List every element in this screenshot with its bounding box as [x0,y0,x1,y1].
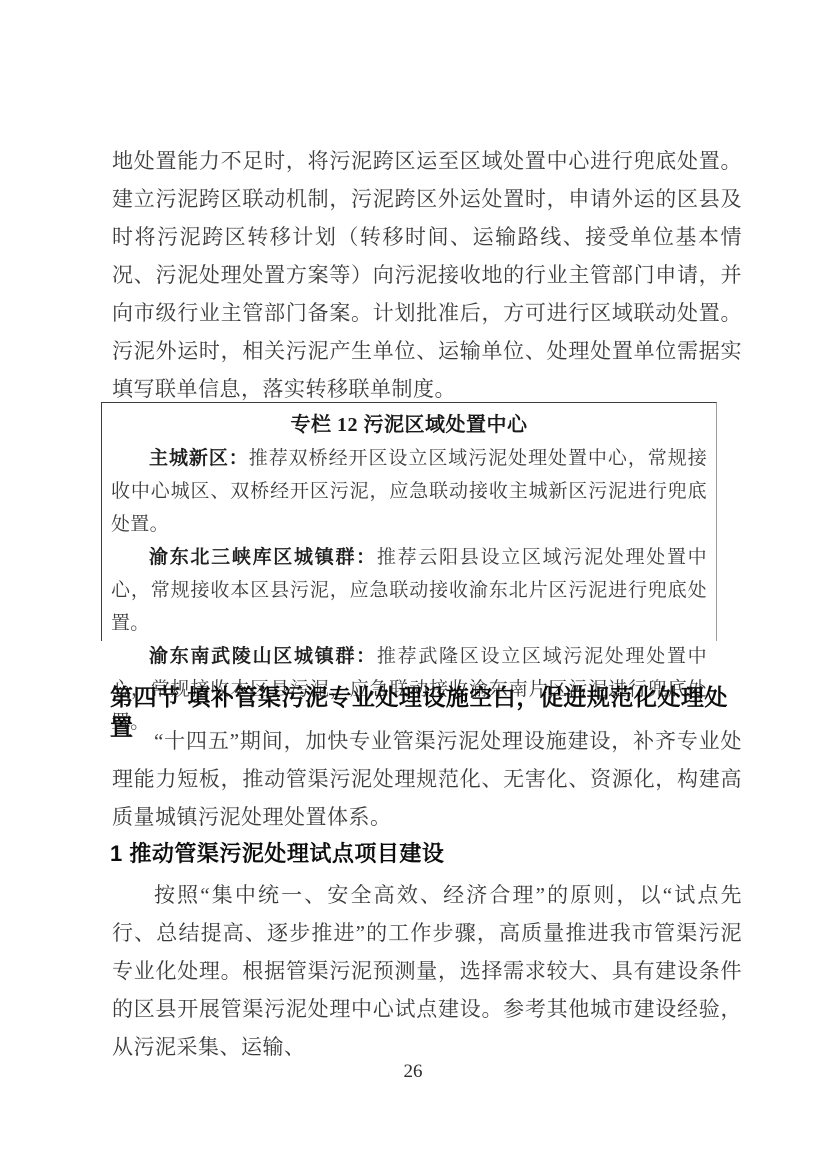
callout-item-label: 主城新区： [149,448,249,469]
callout-item-label: 渝东北三峡库区城镇群： [149,547,377,568]
callout-box-title: 专栏 12 污泥区域处置中心 [111,409,707,442]
page-number: 26 [0,1061,826,1083]
callout-box-sludge-regional-centers: 专栏 12 污泥区域处置中心 主城新区：推荐双桥经开区设立区域污泥处理处置中心，… [101,402,717,641]
subsection-paragraph: 按照“集中统一、安全高效、经济合理”的原则，以“试点先行、总结提高、逐步推进”的… [112,876,742,1066]
callout-item-northeast-gorges: 渝东北三峡库区城镇群：推荐云阳县设立区域污泥处理处置中心，常规接收本区县污泥，应… [111,541,707,640]
body-paragraph-continued: 地处置能力不足时，将污泥跨区运至区域处置中心进行兜底处置。建立污泥跨区联动机制，… [112,142,742,408]
section-intro-paragraph: “十四五”期间，加快专业管渠污泥处理设施建设，补齐专业处理能力短板，推动管渠污泥… [112,722,742,836]
document-page: 地处置能力不足时，将污泥跨区运至区域处置中心进行兜底处置。建立污泥跨区联动机制，… [0,0,826,1169]
subsection-heading: 1 推动管渠污泥处理试点项目建设 [110,840,750,868]
callout-item-label: 渝东南武陵山区城镇群： [149,646,377,667]
callout-item-main-city: 主城新区：推荐双桥经开区设立区域污泥处理处置中心，常规接收中心城区、双桥经开区污… [111,442,707,541]
